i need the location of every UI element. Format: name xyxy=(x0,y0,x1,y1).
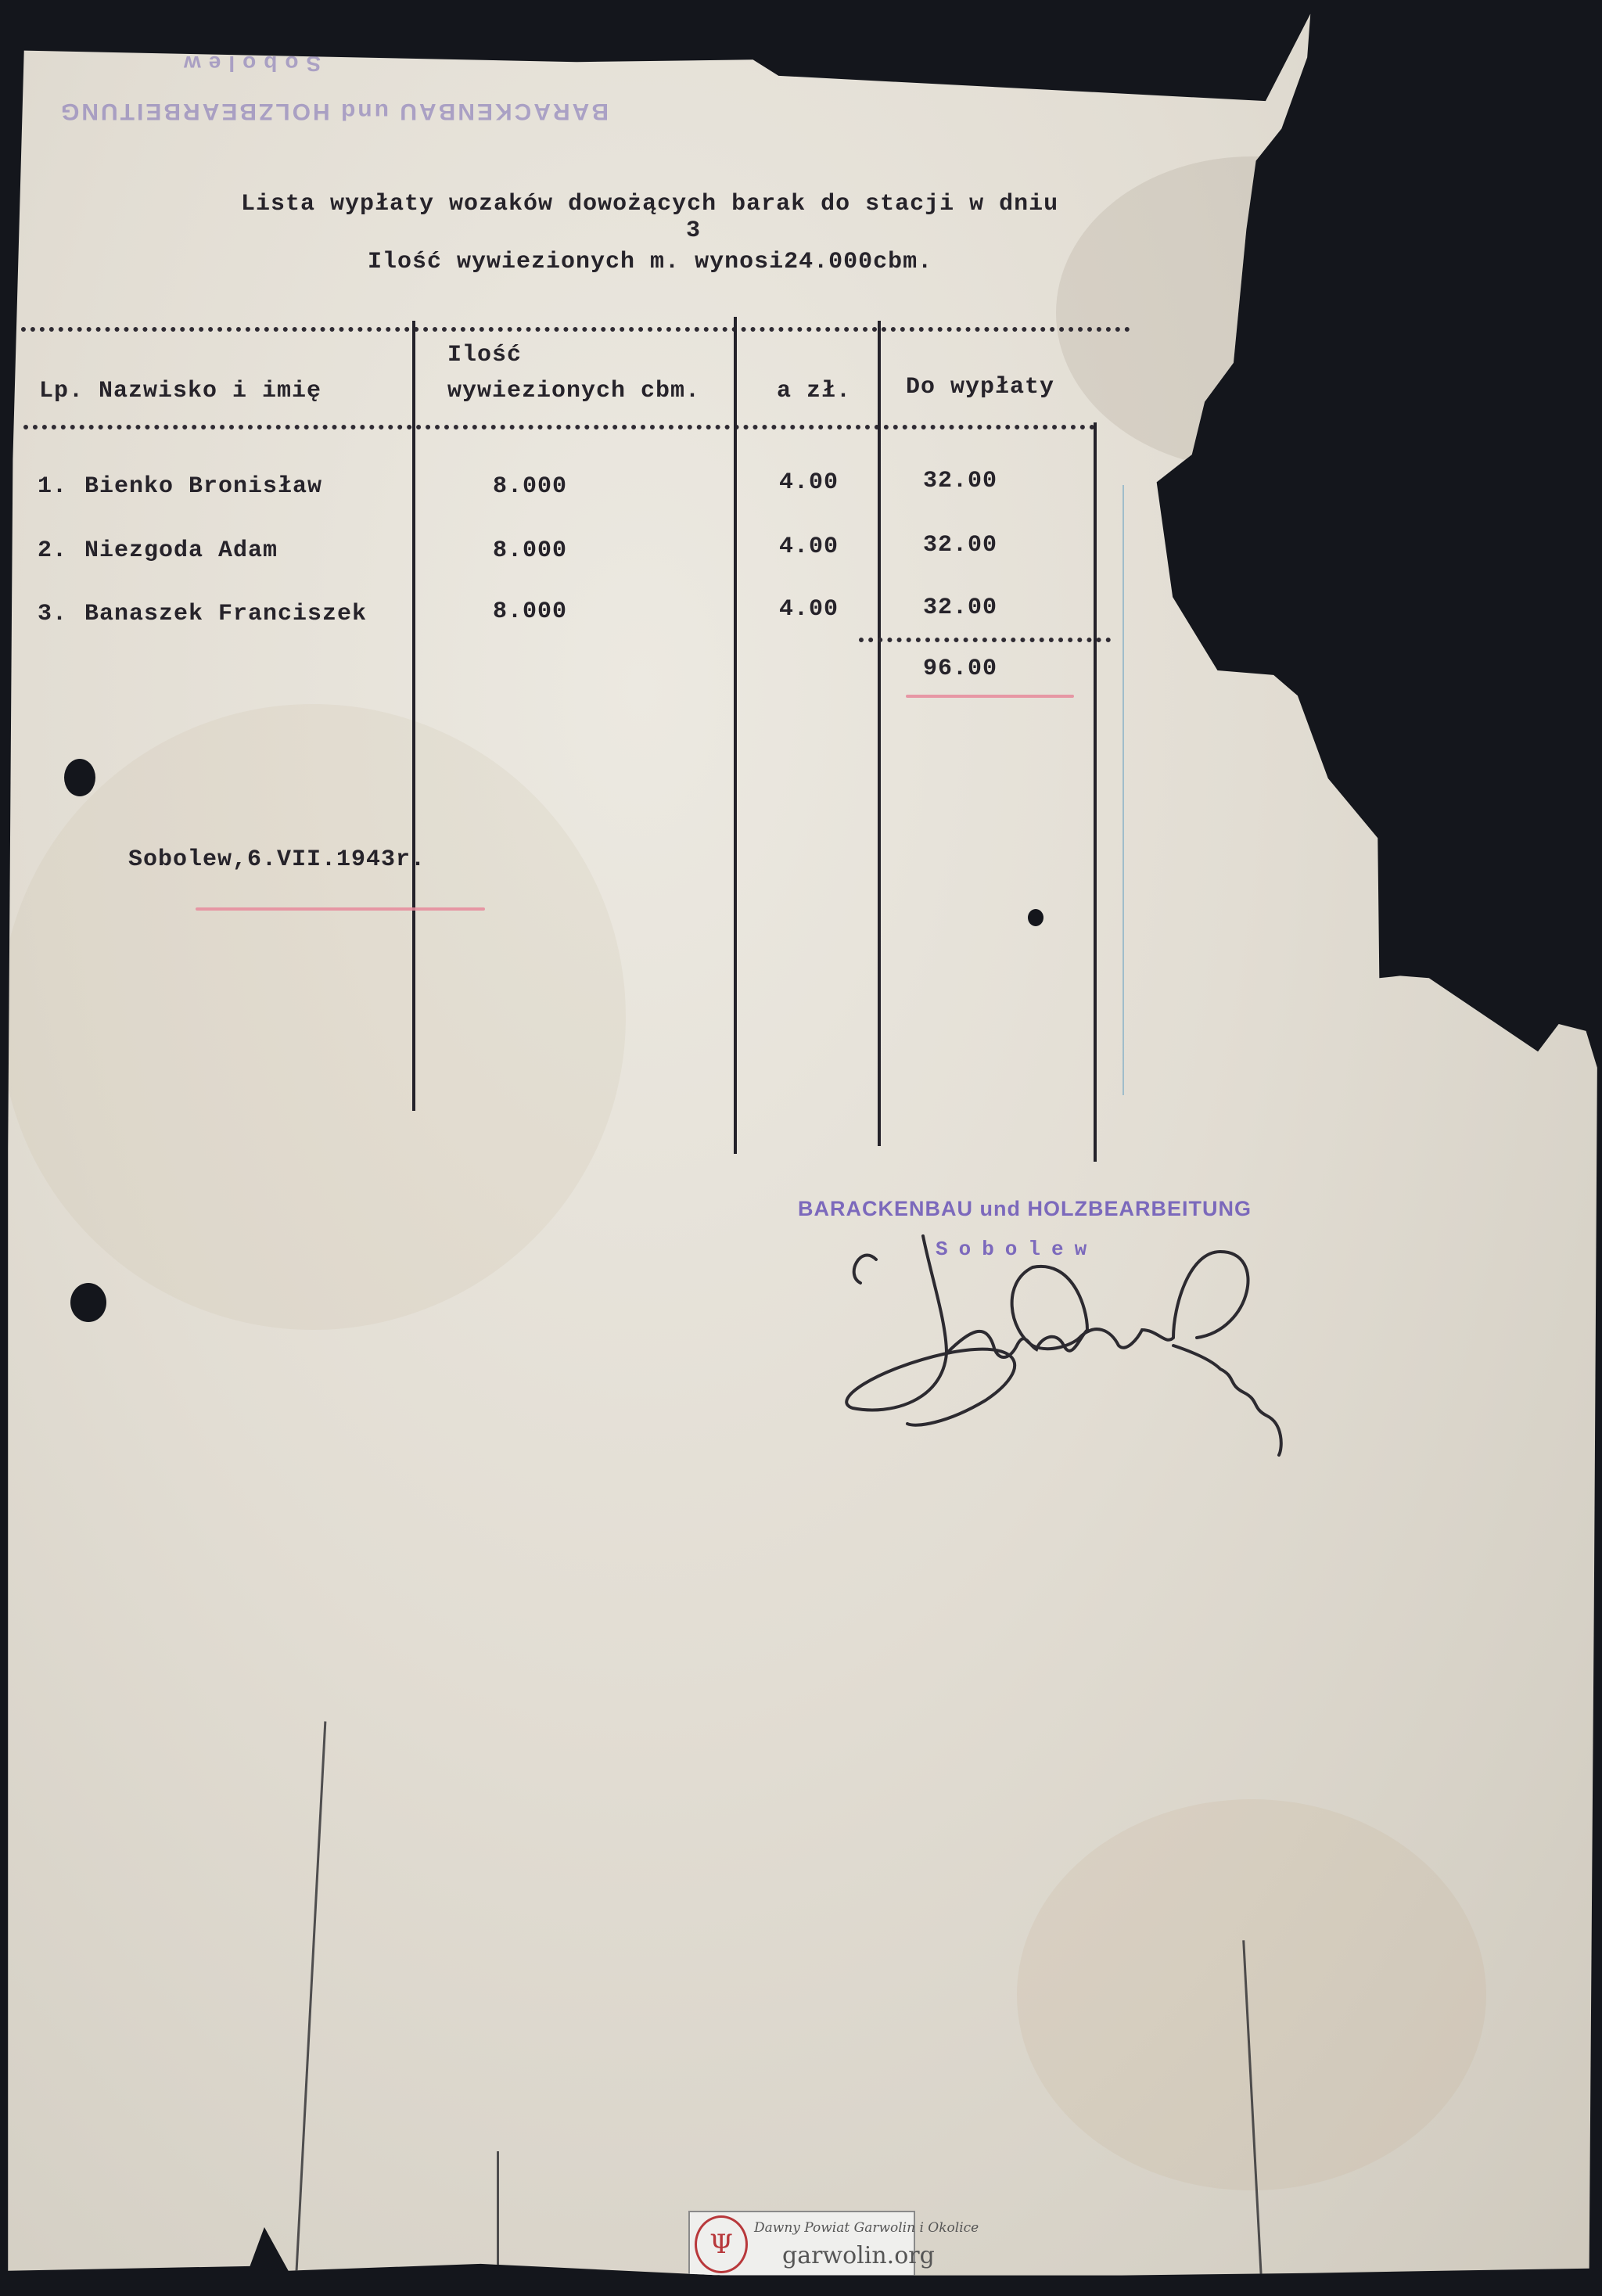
header-lp-name: Lp. Nazwisko i imię xyxy=(39,378,321,404)
row-payout: 32.00 xyxy=(923,595,997,621)
header-quantity-line2: wywiezionych cbm. xyxy=(447,378,700,404)
table-header-rule xyxy=(23,425,1095,429)
paper-stain xyxy=(1017,1799,1486,2190)
ink-spot xyxy=(1474,804,1488,817)
punch-hole xyxy=(64,759,95,796)
row-lp: 3. xyxy=(38,601,67,627)
watermark-title: Dawny Powiat Garwolin i Okolice xyxy=(754,2220,979,2236)
row-quantity: 8.000 xyxy=(493,537,567,564)
paper-stain xyxy=(0,704,626,1330)
row-quantity: 8.000 xyxy=(493,473,567,500)
seal-icon: Ψ xyxy=(695,2215,748,2273)
header-payout: Do wypłaty xyxy=(906,374,1054,401)
header-rate: a zł. xyxy=(777,378,851,404)
column-divider xyxy=(1094,422,1097,1162)
signature-icon xyxy=(829,1213,1314,1463)
paper-crack xyxy=(294,1721,327,2296)
document-paper: Sobolew BARACKENBAU und HOLZBEARBEITUNG … xyxy=(0,0,1602,2296)
paper-crack xyxy=(497,2151,499,2296)
row-lp: 2. xyxy=(38,537,67,564)
row-name: Banaszek Franciszek xyxy=(84,601,367,627)
table-top-rule xyxy=(12,327,1130,332)
row-payout: 32.00 xyxy=(923,468,997,494)
document-title: Lista wypłaty wozaków dowożących barak d… xyxy=(241,191,1058,217)
sum-rule xyxy=(859,638,1111,642)
row-name: Niezgoda Adam xyxy=(84,537,278,564)
row-rate: 4.00 xyxy=(779,469,839,496)
row-name: Bienko Bronisław xyxy=(84,473,322,500)
column-divider xyxy=(878,321,881,1146)
row-rate: 4.00 xyxy=(779,596,839,623)
place-date: Sobolew,6.VII.1943r. xyxy=(128,846,426,873)
column-divider xyxy=(734,317,737,1154)
column-divider xyxy=(412,321,415,1111)
total-underline xyxy=(906,695,1074,698)
mirrored-stamp-line1: BARACKENBAU und HOLZBEARBEITUNG xyxy=(59,98,609,124)
ink-spot xyxy=(1028,909,1043,926)
paper-stain xyxy=(1056,156,1447,469)
header-quantity-line1: Ilość xyxy=(447,342,522,368)
row-lp: 1. xyxy=(38,473,67,500)
document-subtitle: Ilość wywiezionych m. wynosi24.000cbm. xyxy=(368,249,932,275)
mirrored-stamp-line2: Sobolew xyxy=(176,51,321,76)
punch-hole xyxy=(70,1283,106,1322)
total-payout: 96.00 xyxy=(923,656,997,682)
row-rate: 4.00 xyxy=(779,534,839,560)
page-number: 3 xyxy=(686,217,701,244)
row-quantity: 8.000 xyxy=(493,598,567,625)
row-payout: 32.00 xyxy=(923,532,997,559)
date-underline xyxy=(196,907,485,911)
watermark-logo: Ψ Dawny Powiat Garwolin i Okolice garwol… xyxy=(688,2211,915,2276)
pencil-line xyxy=(1122,485,1124,1095)
watermark-url: garwolin.org xyxy=(782,2242,935,2269)
